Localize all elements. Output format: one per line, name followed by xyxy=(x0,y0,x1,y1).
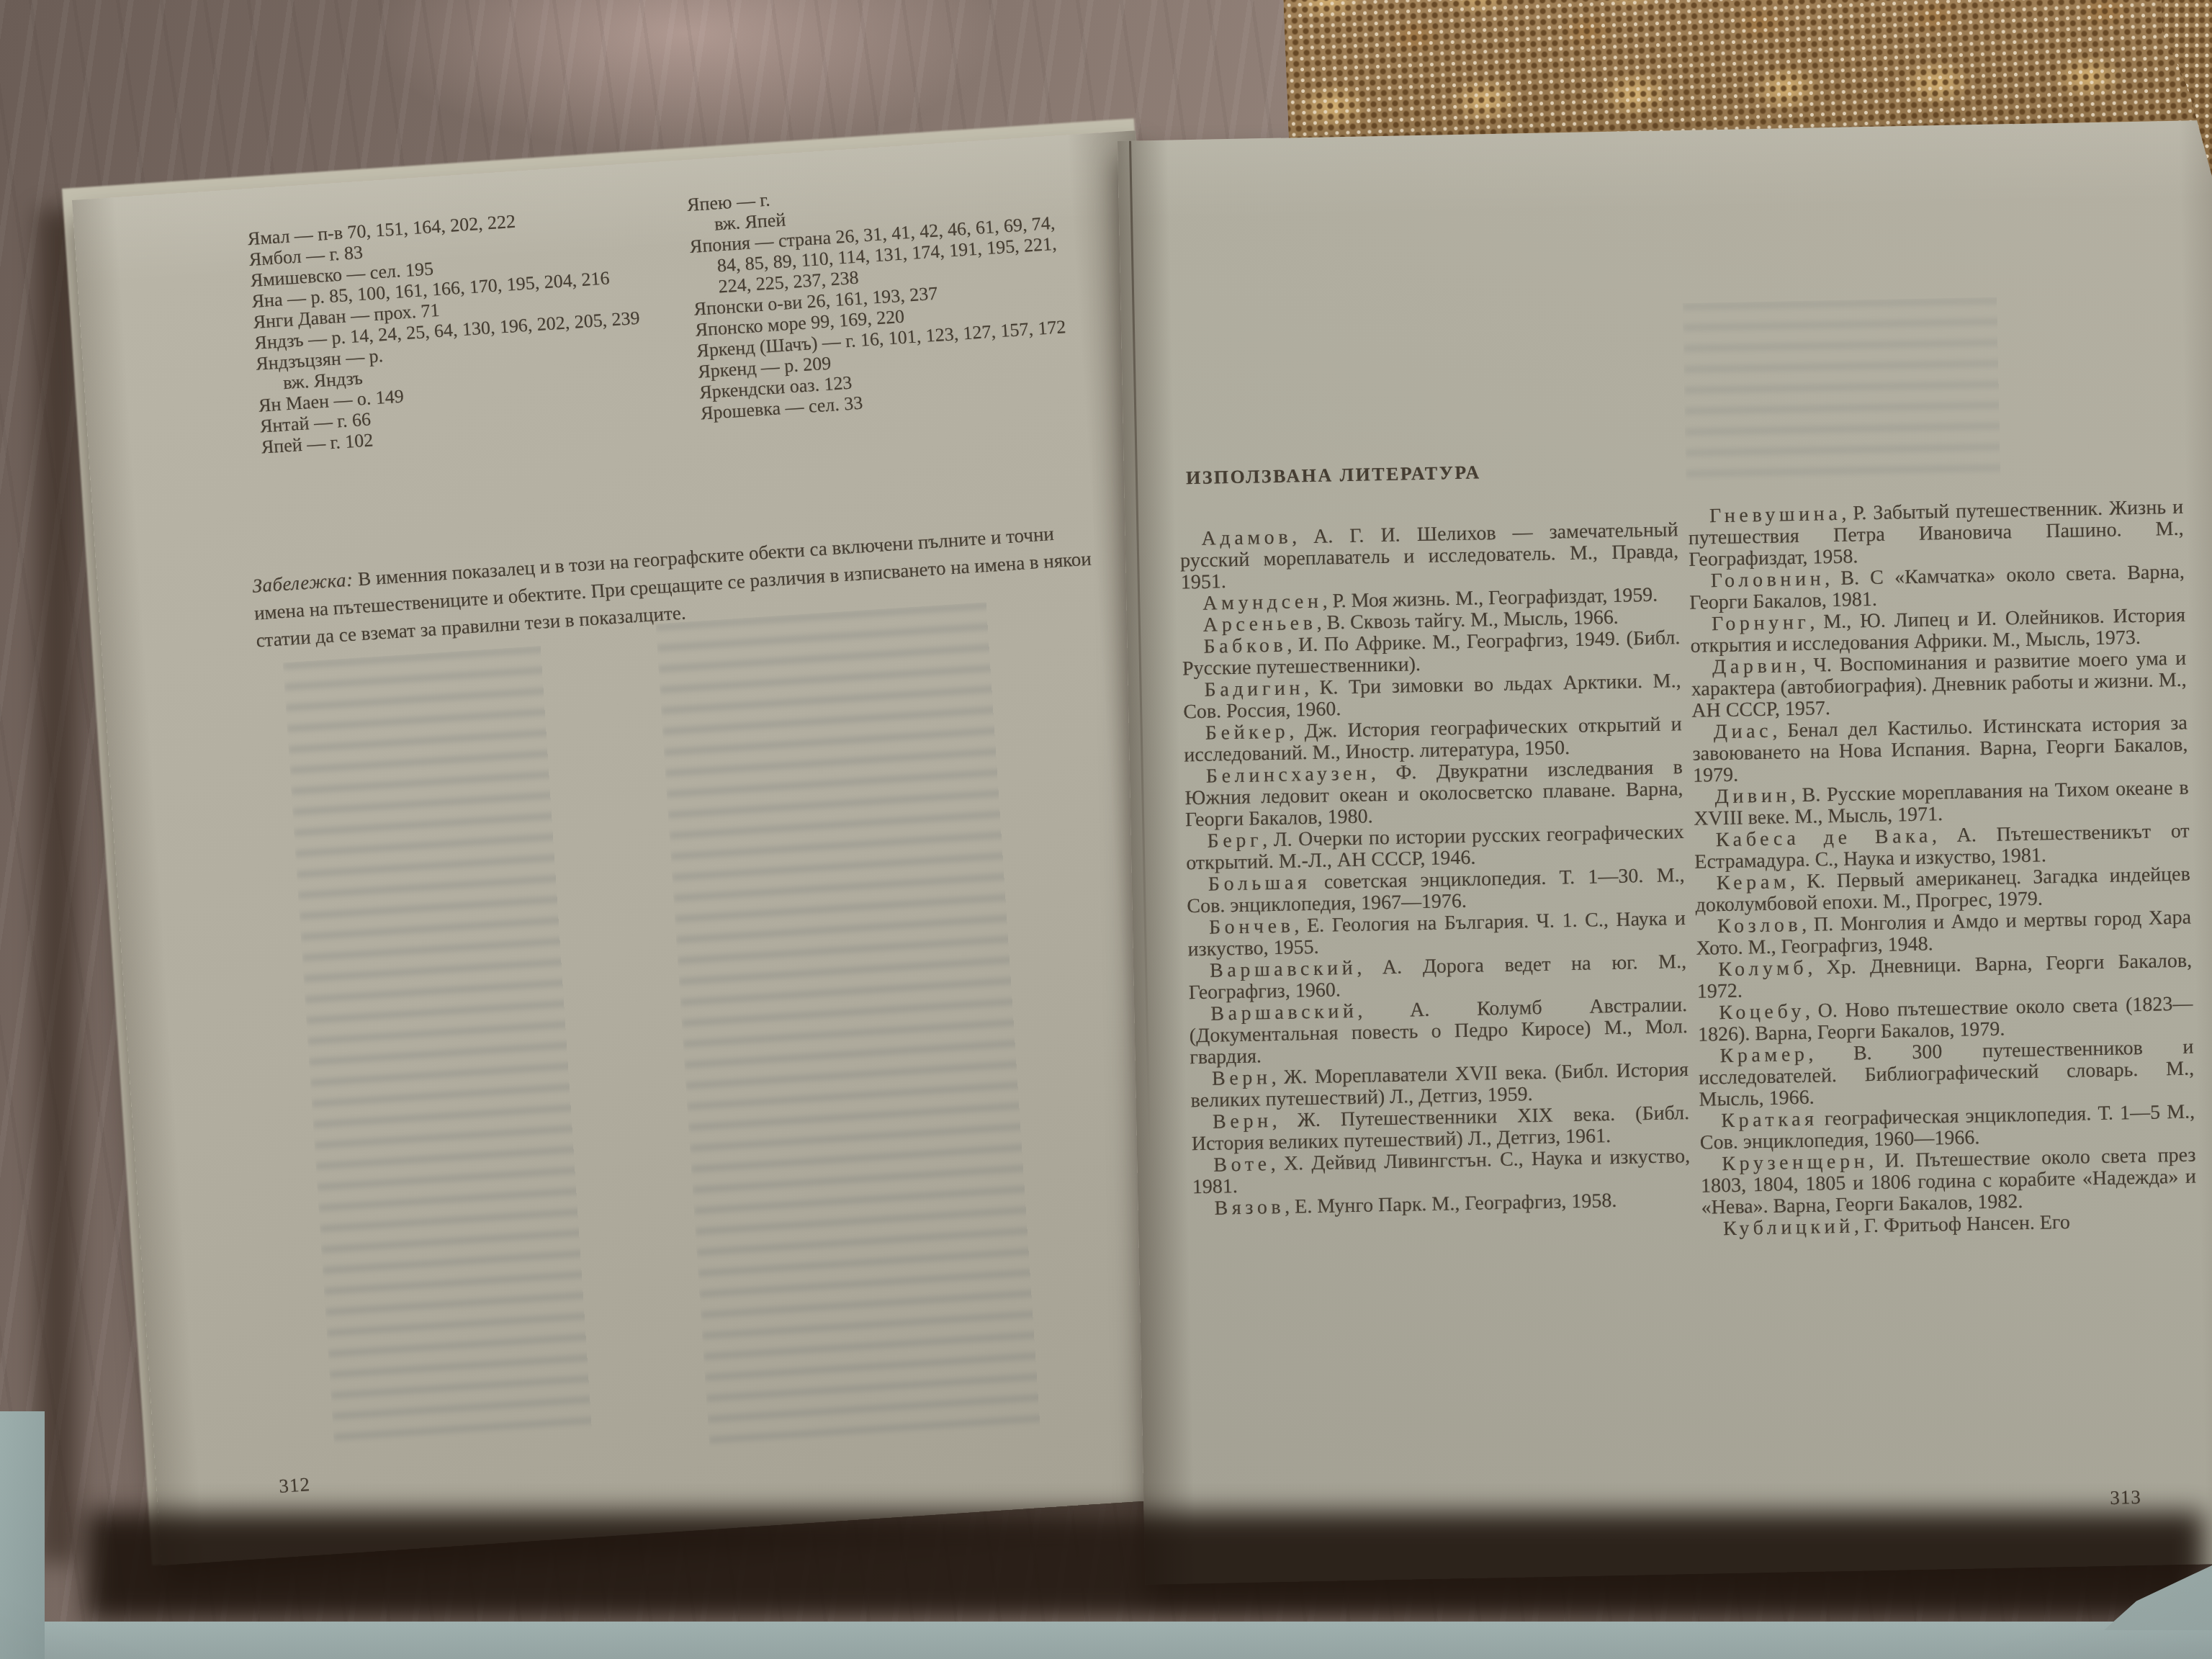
book-shadow xyxy=(86,1512,2203,1620)
right-page: ИЗПОЛЗВАНА ЛИТЕРАТУРА Адамов, А. Г. И. Ш… xyxy=(1118,120,2212,1585)
table-surface-bottom xyxy=(0,1622,2212,1659)
bibliography-entry: Дарвин, Ч. Воспоминания и развитие моего… xyxy=(1691,648,2188,722)
page-number-left: 312 xyxy=(278,1473,310,1498)
entry-author: Кублицкий xyxy=(1723,1215,1854,1240)
entry-author: Белинсхаузен xyxy=(1206,762,1371,787)
entry-author: Воте xyxy=(1213,1153,1271,1177)
bibliography-entry: Варшавский, А. Колумб Австралии. (Докуме… xyxy=(1189,994,1689,1069)
entry-author: Колумб xyxy=(1718,957,1808,981)
note-label: Забележка: xyxy=(252,569,354,597)
entry-author: Горнунг xyxy=(1712,611,1810,636)
entry-author: Краткая xyxy=(1721,1108,1818,1133)
entry-author: Бейкер xyxy=(1205,721,1290,745)
entry-author: Дарвин xyxy=(1712,655,1801,678)
entry-author: Крамер xyxy=(1719,1043,1808,1067)
entry-author: Головнин xyxy=(1711,567,1825,592)
entry-author: Варшавский xyxy=(1210,1000,1358,1025)
bleed-through-text-right xyxy=(655,596,1134,1457)
left-page: Ямал — п-в 70, 151, 164, 202, 222Ямбол —… xyxy=(72,130,1225,1565)
entry-author: Берг xyxy=(1207,829,1262,852)
entry-author: Бончев xyxy=(1209,914,1295,938)
entry-author: Арсеньев xyxy=(1203,612,1317,637)
entry-author: Верн xyxy=(1212,1066,1272,1090)
entry-author: Коцебу xyxy=(1719,1000,1805,1024)
photo-of-open-book: { "palette":{ "page":"#b1ad9f", "ink":"#… xyxy=(0,0,2212,1659)
note-text: В именния показалец и в този на географс… xyxy=(253,523,1092,652)
table-surface-left xyxy=(0,1411,45,1659)
bibliography-entry: Диас, Бенал дел Кастильо. Истинската ист… xyxy=(1692,713,2189,787)
bleed-through-text-left xyxy=(283,641,665,1453)
entry-author: Козлов xyxy=(1717,914,1802,938)
entry-author: Бадигин xyxy=(1204,677,1304,701)
bibliography-entry: Крузенщерн, И. Пътешествие около света п… xyxy=(1700,1145,2197,1219)
bibliography-title: ИЗПОЛЗВАНА ЛИТЕРАТУРА xyxy=(1186,462,1481,489)
bibliography-column-1: Адамов, А. Г. И. Шелихов — замечательный… xyxy=(1179,519,1691,1220)
book-shadow-left xyxy=(37,209,77,1563)
page-number-right: 313 xyxy=(2110,1486,2141,1509)
entry-author: Бабков xyxy=(1203,634,1287,658)
index-column-2: Япею — г. вж. ЯпейЯпония — страна 26, 31… xyxy=(686,170,1075,423)
bibliography-column-2: Гневушина, Р. Забытый путешественник. Жи… xyxy=(1688,497,2197,1241)
entry-author: Варшавский xyxy=(1210,957,1357,982)
entry-author: Вязов xyxy=(1214,1196,1285,1220)
bibliography-entry: Крамер, В. 300 путешественников и исслед… xyxy=(1698,1037,2195,1111)
entry-author: Керам xyxy=(1717,871,1791,894)
entry-author: Верн xyxy=(1213,1110,1272,1133)
index-note: Забележка: В именния показалец и в този … xyxy=(251,516,1108,654)
bibliography-entry: Белинсхаузен, Ф. Двукратни изследвания в… xyxy=(1184,757,1684,831)
entry-author: Амундсен xyxy=(1202,590,1323,615)
index-column-1: Ямал — п-в 70, 151, 164, 202, 222Ямбол —… xyxy=(247,199,708,458)
bibliography-entry: Адамов, А. Г. И. Шелихов — замечательный… xyxy=(1179,519,1679,593)
entry-author: Диас xyxy=(1714,720,1773,744)
entry-author: Адамов xyxy=(1201,526,1292,549)
entry-author: Большая xyxy=(1208,871,1311,896)
bibliography-entry: Гневушина, Р. Забытый путешественник. Жи… xyxy=(1688,497,2185,571)
entry-author: Кабеса де Вака xyxy=(1715,824,1932,851)
bleed-through-text-top xyxy=(1682,295,2089,483)
entry-author: Гневушина xyxy=(1709,503,1842,528)
entry-author: Дивин xyxy=(1714,784,1791,808)
entry-author: Крузенщерн xyxy=(1722,1150,1869,1175)
